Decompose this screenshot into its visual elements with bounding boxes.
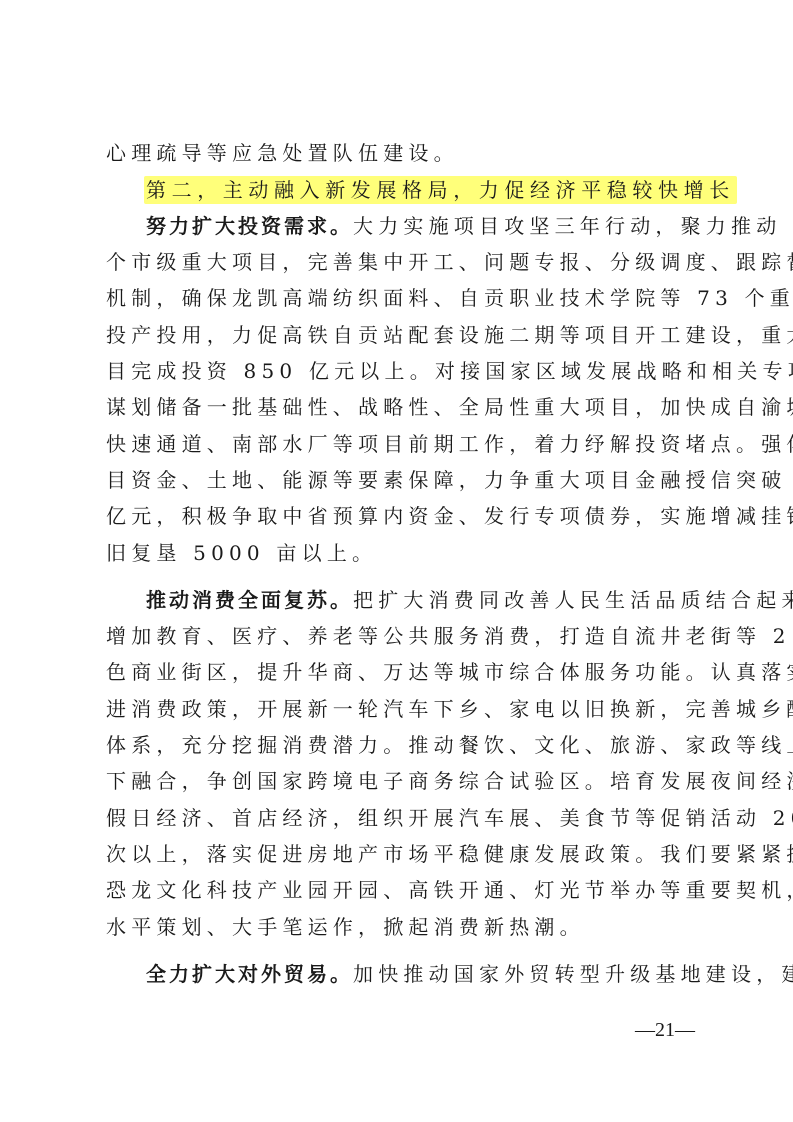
- paragraph-line: 投产投用，力促高铁自贡站配套设施二期等项目开工建设，重大项: [106, 320, 696, 350]
- paragraph-line: 增加教育、医疗、养老等公共服务消费，打造自流井老街等 2 条特: [106, 621, 696, 651]
- paragraph-line: 恐龙文化科技产业园开园、高铁开通、灯光节举办等重要契机，高: [106, 875, 696, 905]
- paragraph-first-line: 推动消费全面复苏。把扩大消费同改善人民生活品质结合起来，: [146, 585, 696, 615]
- paragraph-line: 假日经济、首店经济，组织开展汽车展、美食节等促销活动 200 场: [106, 803, 696, 833]
- paragraph-line: 水平策划、大手笔运作，掀起消费新热潮。: [106, 912, 696, 942]
- paragraph-line: 旧复垦 5000 亩以上。: [106, 538, 696, 568]
- paragraph-title: 推动消费全面复苏。: [146, 588, 353, 612]
- paragraph-line: 机制，确保龙凯高端纺织面料、自贡职业技术学院等 73 个重大项目: [106, 283, 696, 313]
- paragraph-line: 进消费政策，开展新一轮汽车下乡、家电以旧换新，完善城乡配送: [106, 694, 696, 724]
- paragraph-line: 次以上，落实促进房地产市场平稳健康发展政策。我们要紧紧抓住: [106, 839, 696, 869]
- paragraph-line: 快速通道、南部水厂等项目前期工作，着力纾解投资堵点。强化项: [106, 429, 696, 459]
- paragraph-title: 全力扩大对外贸易。: [146, 962, 353, 986]
- page-number: —21—: [635, 1018, 695, 1042]
- paragraph-first-line: 努力扩大投资需求。大力实施项目攻坚三年行动，聚力推动 469: [146, 211, 696, 241]
- paragraph-text: 把扩大消费同改善人民生活品质结合起来，: [353, 588, 793, 612]
- paragraph-first-line: 全力扩大对外贸易。加快推动国家外贸转型升级基地建设，建: [146, 959, 696, 989]
- paragraph-line: 亿元，积极争取中省预算内资金、发行专项债券，实施增减挂钩拆: [106, 501, 696, 531]
- paragraph-line: 心理疏导等应急处置队伍建设。: [106, 138, 696, 168]
- paragraph-text: 加快推动国家外贸转型升级基地建设，建: [353, 962, 793, 986]
- paragraph-line: 色商业街区，提升华商、万达等城市综合体服务功能。认真落实促: [106, 657, 696, 687]
- paragraph-text: 大力实施项目攻坚三年行动，聚力推动 469: [353, 214, 793, 238]
- highlighted-heading-text: 第二，主动融入新发展格局，力促经济平稳较快增长: [144, 176, 737, 204]
- paragraph-title: 努力扩大投资需求。: [146, 214, 353, 238]
- paragraph-line: 目资金、土地、能源等要素保障，力争重大项目金融授信突破 500: [106, 465, 696, 495]
- paragraph-line: 谋划储备一批基础性、战略性、全局性重大项目，加快成自渝城际: [106, 392, 696, 422]
- paragraph-line: 个市级重大项目，完善集中开工、问题专报、分级调度、跟踪督办: [106, 247, 696, 277]
- paragraph-line: 目完成投资 850 亿元以上。对接国家区域发展战略和相关专项规划，: [106, 356, 696, 386]
- paragraph-line: 体系，充分挖掘消费潜力。推动餐饮、文化、旅游、家政等线上线: [106, 730, 696, 760]
- document-page: 心理疏导等应急处置队伍建设。 第二，主动融入新发展格局，力促经济平稳较快增长 努…: [0, 0, 793, 1122]
- paragraph-line: 下融合，争创国家跨境电子商务综合试验区。培育发展夜间经济、: [106, 766, 696, 796]
- section-heading: 第二，主动融入新发展格局，力促经济平稳较快增长: [144, 175, 737, 205]
